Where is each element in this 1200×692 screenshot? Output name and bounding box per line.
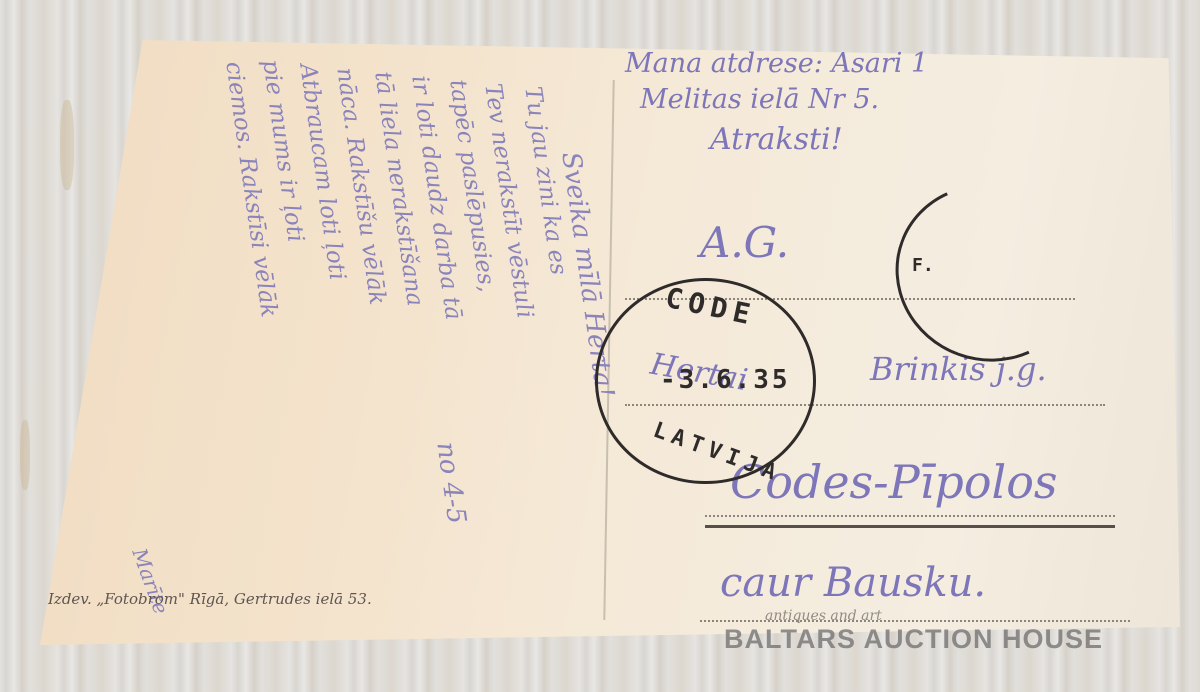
wood-knot	[20, 420, 30, 490]
addressee-region: caur Bausku.	[720, 560, 986, 606]
address-underline	[705, 525, 1115, 528]
return-address-line2: Melitas ielā Nr 5.	[640, 84, 879, 115]
address-line-3	[705, 515, 1115, 517]
wood-knot	[60, 100, 74, 190]
addressee-initials: A.G.	[700, 218, 789, 267]
return-address-line1: Mana atdrese: Asari 1	[625, 48, 928, 79]
publisher-imprint: Izdev. „Fotobrom" Rīgā, Gertrudes ielā 5…	[48, 590, 372, 608]
postmark-date: -3.6.35	[660, 365, 791, 395]
watermark-auction-house: BALTARS AUCTION HOUSE	[724, 624, 1103, 655]
secondary-postmark-fragment: F.	[912, 255, 934, 276]
return-address-line3: Atraksti!	[710, 122, 843, 157]
watermark-tagline: antiques and art	[765, 608, 882, 624]
